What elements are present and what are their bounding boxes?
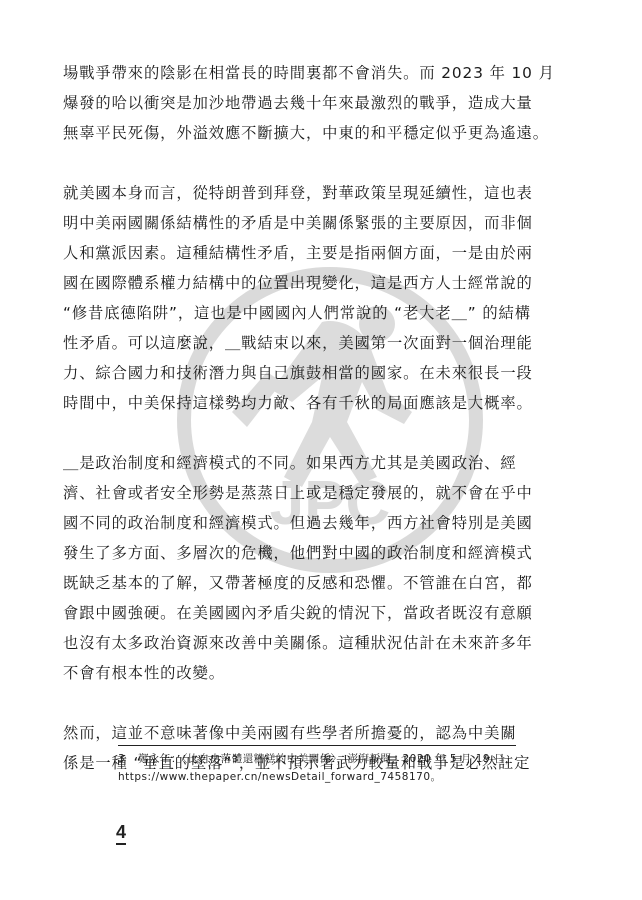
text-line: 時間中，中美保持這樣勢均力敵、各有千秋的局面應該是大概率。 [63,388,583,418]
paragraph-2: 就美國本身而言，從特朗普到拜登，對華政策呈現延續性，這也表 明中美兩國關係結構性… [63,178,583,418]
text-line: 國在國際體系權力結構中的位置出現變化，這是西方人士經常說的 [63,268,583,298]
text-line: 係是一種 “垂直的墜落”3，並不預示著武力較量和戰爭是必然註定 [63,748,583,778]
document-body: 場戰爭帶來的陰影在相當長的時間裏都不會消失。而 2023 年 10 月 爆發的哈… [63,58,583,778]
text-line: 也沒有太多政治資源來改善中美關係。這種狀況估計在未來許多年 [63,628,583,658]
text-line: 性矛盾。可以這麼說，＿戰結束以來，美國第一次面對一個治理能 [63,328,583,358]
text-line: 人和黨派因素。這種結構性矛盾，主要是指兩個方面，一是由於兩 [63,238,583,268]
text-segment: 係是一種 “垂直的墜落” [63,754,232,772]
paragraph-gap [63,148,583,178]
text-line: “修昔底德陷阱”，這也是中國國內人們常說的 “老大老＿” 的結構 [63,298,583,328]
text-line: 然而，這並不意味著像中美兩國有些學者所擔憂的，認為中美關 [63,718,583,748]
text-line: 不會有根本性的改變。 [63,658,583,688]
text-segment: ，並不預示著武力較量和戰爭是必然註定 [239,754,531,772]
text-line: 就美國本身而言，從特朗普到拜登，對華政策呈現延續性，這也表 [63,178,583,208]
paragraph-1: 場戰爭帶來的陰影在相當長的時間裏都不會消失。而 2023 年 10 月 爆發的哈… [63,58,583,148]
paragraph-4: 然而，這並不意味著像中美兩國有些學者所擔憂的，認為中美關 係是一種 “垂直的墜落… [63,718,583,778]
paragraph-3: ＿是政治制度和經濟模式的不同。如果西方尤其是美國政治、經 濟、社會或者安全形勢是… [63,448,583,688]
footnote-reference[interactable]: 3 [232,755,239,765]
text-line: 明中美兩國關係結構性的矛盾是中美關係緊張的主要原因，而非個 [63,208,583,238]
text-line: 場戰爭帶來的陰影在相當長的時間裏都不會消失。而 2023 年 10 月 [63,58,583,88]
text-line: 濟、社會或者安全形勢是蒸蒸日上或是穩定發展的，就不會在乎中 [63,478,583,508]
text-line: 爆發的哈以衝突是加沙地帶過去幾十年來最激烈的戰爭，造成大量 [63,88,583,118]
text-line: 無辜平民死傷，外溢效應不斷擴大，中東的和平穩定似乎更為遙遠。 [63,118,583,148]
page-number: 4 [116,822,126,845]
text-line: 國不同的政治制度和經濟模式。但過去幾年，西方社會特別是美國 [63,508,583,538]
text-line: 既缺乏基本的了解，又帶著極度的反感和恐懼。不管誰在白宮，都 [63,568,583,598]
paragraph-gap [63,688,583,718]
text-line: 會跟中國強硬。在美國國內矛盾尖銳的情況下，當政者既沒有意願 [63,598,583,628]
text-line: 發生了多方面、多層次的危機，他們對中國的政治制度和經濟模式 [63,538,583,568]
paragraph-gap [63,418,583,448]
text-line: 力、綜合國力和技術潛力與自己旗鼓相當的國家。在未來很長一段 [63,358,583,388]
text-line: ＿是政治制度和經濟模式的不同。如果西方尤其是美國政治、經 [63,448,583,478]
